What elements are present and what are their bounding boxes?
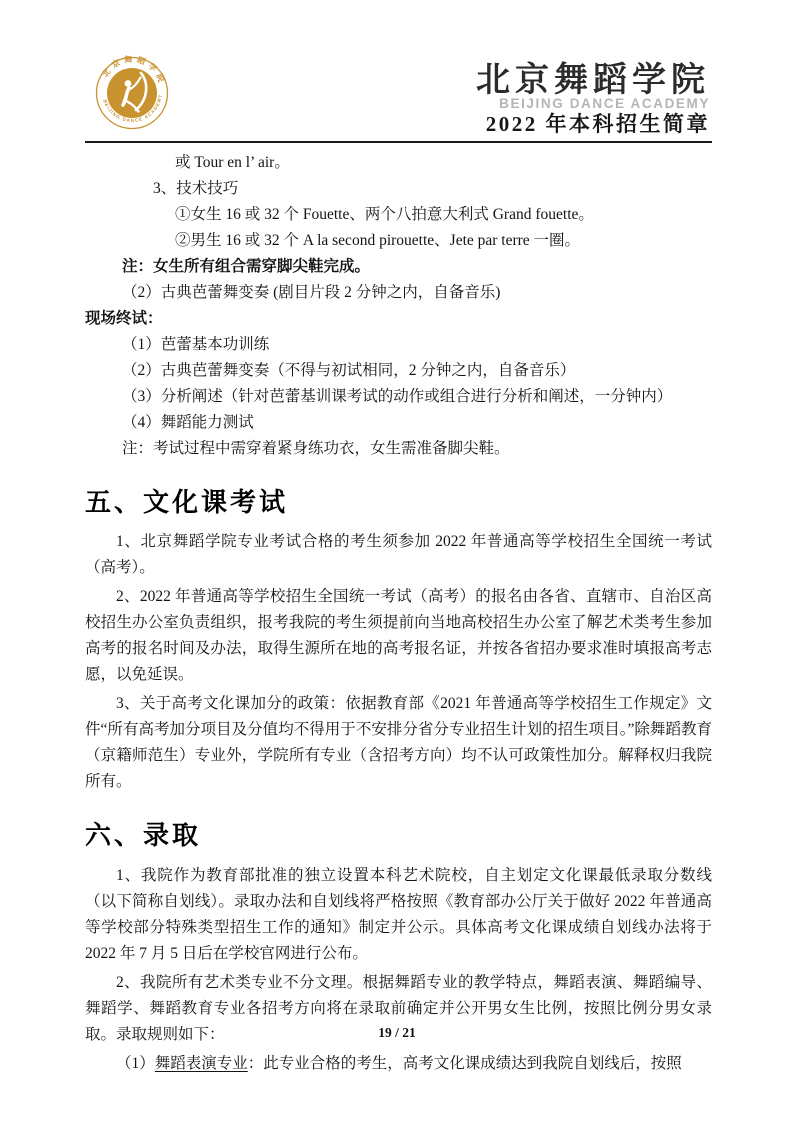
body-line: ②男生 16 或 32 个 A la second pirouette、Jete… [85,228,712,254]
school-name-chinese: 北京舞蹈学院 [476,64,710,98]
admission-rule-item: （1）舞蹈表演专业：此专业合格的考生，高考文化课成绩达到我院自划线后，按照 [85,1051,712,1077]
school-seal-icon: 北京舞蹈学院 BEIJING DANCE ACADEMY [93,50,171,132]
body-line: （3）分析阐述（针对芭蕾基训课考试的动作或组合进行分析和阐述，一分钟内） [85,384,712,410]
document-content: 或 Tour en l’ air。 3、技术技巧 ①女生 16 或 32 个 F… [0,143,794,1077]
school-seal-logo: 北京舞蹈学院 BEIJING DANCE ACADEMY [93,50,171,132]
section-heading-admission: 六、录取 [85,821,712,850]
note-line: 注：考试过程中需穿着紧身练功衣，女生需准备脚尖鞋。 [85,436,712,462]
body-line: （1）芭蕾基本功训练 [85,332,712,358]
brochure-title: 2022 年本科招生简章 [476,114,710,135]
paragraph: 3、关于高考文化课加分的政策：依据教育部《2021 年普通高等学校招生工作规定》… [85,691,712,795]
major-name-underlined: 舞蹈表演专业 [155,1055,248,1072]
body-line: 或 Tour en l’ air。 [85,150,712,176]
body-line: （4）舞蹈能力测试 [85,410,712,436]
paragraph: 2、2022 年普通高等学校招生全国统一考试（高考）的报名由各省、直辖市、自治区… [85,584,712,688]
paragraph: 1、北京舞蹈学院专业考试合格的考生须参加 2022 年普通高等学校招生全国统一考… [85,529,712,581]
page-header: 北京舞蹈学院 BEIJING DANCE ACADEMY 北京舞蹈学院 BEIJ… [0,0,794,135]
final-exam-label: 现场终试： [85,306,712,332]
paragraph: 1、我院作为教育部批准的独立设置本科艺术院校，自主划定文化课最低录取分数线（以下… [85,863,712,967]
body-line: ①女生 16 或 32 个 Fouette、两个八拍意大利式 Grand fou… [85,202,712,228]
item-text: ：此专业合格的考生，高考文化课成绩达到我院自划线后，按照 [248,1055,682,1072]
section-heading-culture-exam: 五、文化课考试 [85,488,712,517]
masthead: 北京舞蹈学院 BEIJING DANCE ACADEMY 2022 年本科招生简… [476,64,710,135]
note-line: 注：女生所有组合需穿脚尖鞋完成。 [85,254,712,280]
school-name-english: BEIJING DANCE ACADEMY [476,97,710,111]
body-line: （2）古典芭蕾舞变奏（不得与初试相同，2 分钟之内，自备音乐） [85,358,712,384]
body-line: （2）古典芭蕾舞变奏 (剧目片段 2 分钟之内，自备音乐) [85,280,712,306]
page-number: 19 / 21 [0,1025,794,1041]
item-prefix: （1） [116,1055,155,1072]
document-page: 北京舞蹈学院 BEIJING DANCE ACADEMY 北京舞蹈学院 BEIJ… [0,0,794,1123]
body-line: 3、技术技巧 [85,176,712,202]
